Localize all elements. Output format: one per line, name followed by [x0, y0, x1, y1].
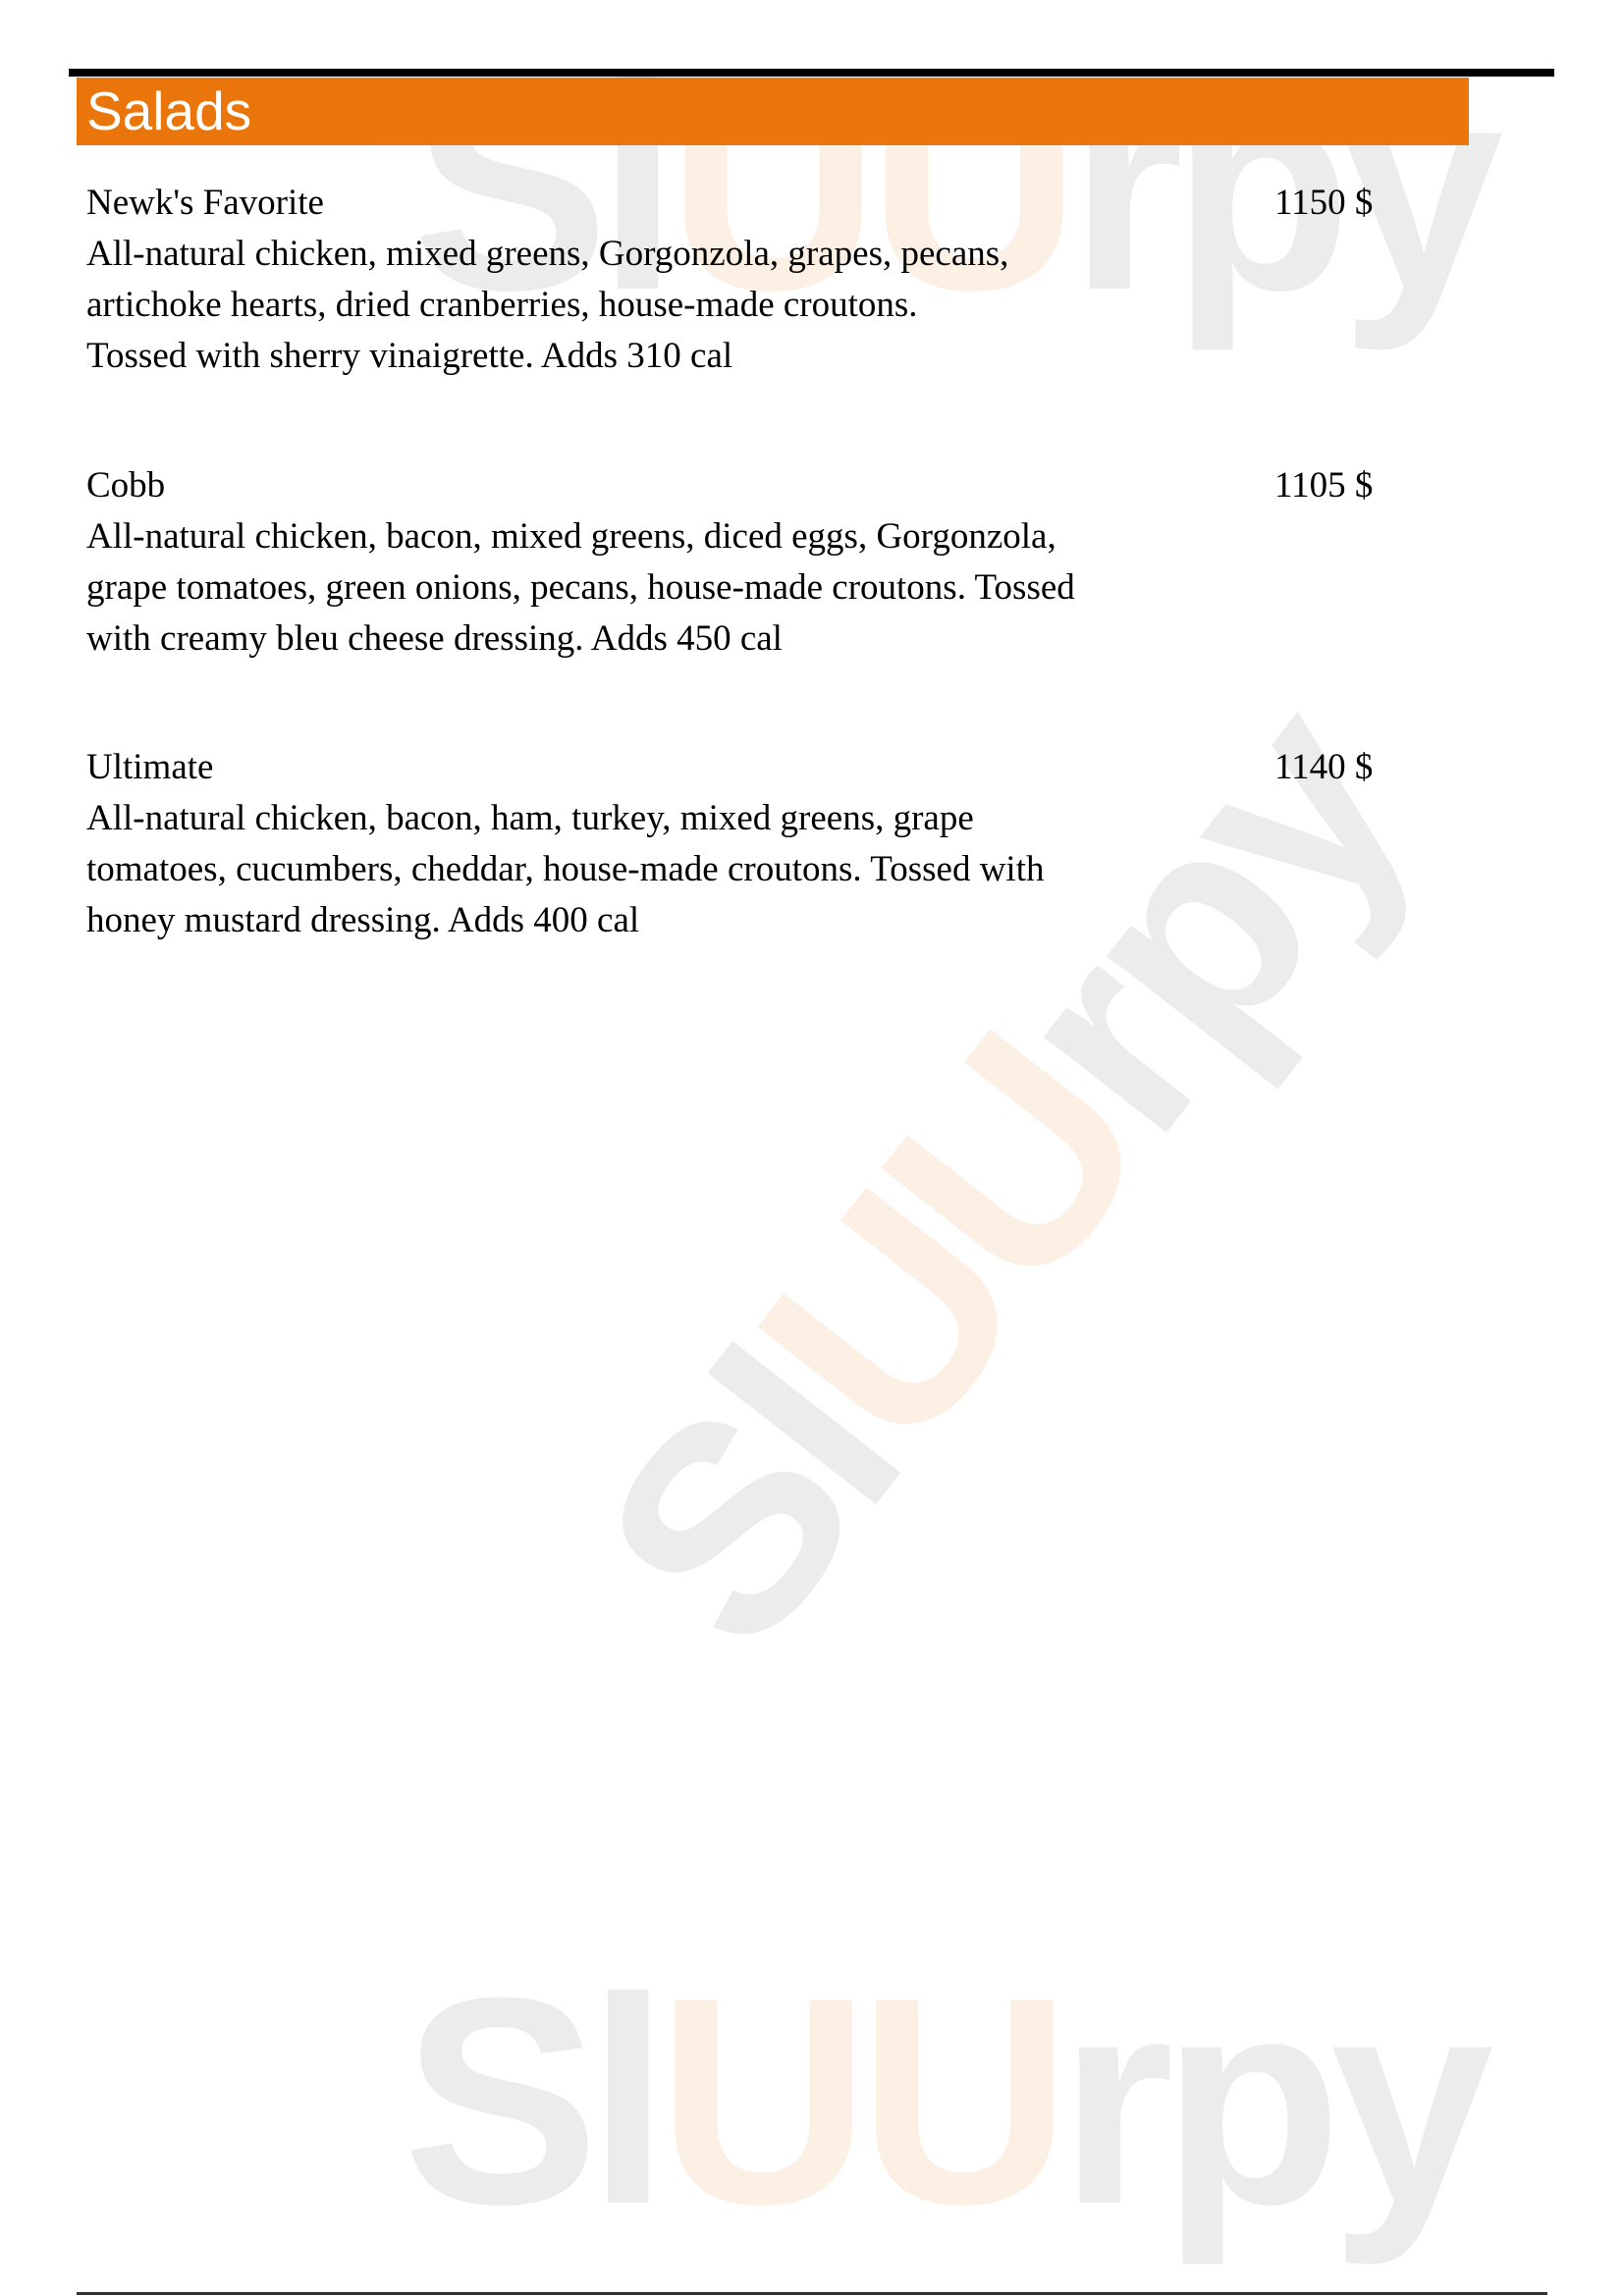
item-price: 1140 $ — [1274, 742, 1373, 793]
section-title: Salads — [86, 81, 251, 141]
section-header: Salads — [77, 78, 1469, 145]
description-line: grape tomatoes, green onions, pecans, ho… — [86, 567, 1075, 608]
bottom-divider — [77, 2292, 1547, 2295]
watermark-text: UU — [657, 1936, 1058, 2266]
description-line: with creamy bleu cheese dressing. Adds 4… — [86, 618, 783, 659]
description-line: All-natural chicken, bacon, ham, turkey,… — [86, 798, 974, 838]
description-line: All-natural chicken, mixed greens, Gorgo… — [86, 234, 1008, 274]
watermark-logo-bottom: SlUUrpy — [403, 1953, 1483, 2248]
description-line: tomatoes, cucumbers, cheddar, house-made… — [86, 849, 1045, 889]
item-description: All-natural chicken, bacon, mixed greens… — [86, 511, 1245, 665]
description-line: All-natural chicken, bacon, mixed greens… — [86, 516, 1056, 557]
watermark-text: Sl — [403, 1936, 657, 2266]
menu-item: Cobb All-natural chicken, bacon, mixed g… — [86, 460, 1510, 665]
watermark-text: rpy — [1059, 1936, 1483, 2266]
top-divider — [69, 69, 1554, 77]
item-price: 1150 $ — [1274, 178, 1373, 229]
item-description: All-natural chicken, mixed greens, Gorgo… — [86, 229, 1245, 382]
description-line: Tossed with sherry vinaigrette. Adds 310… — [86, 336, 732, 376]
item-price: 1105 $ — [1274, 460, 1373, 511]
description-line: honey mustard dressing. Adds 400 cal — [86, 900, 639, 940]
description-line: artichoke hearts, dried cranberries, hou… — [86, 285, 918, 325]
menu-item: Ultimate All-natural chicken, bacon, ham… — [86, 742, 1510, 946]
menu-item: Newk's Favorite All-natural chicken, mix… — [86, 178, 1510, 382]
item-description: All-natural chicken, bacon, ham, turkey,… — [86, 793, 1245, 946]
watermark-text: UU — [696, 985, 1204, 1504]
watermark-text: Sl — [539, 1301, 956, 1704]
